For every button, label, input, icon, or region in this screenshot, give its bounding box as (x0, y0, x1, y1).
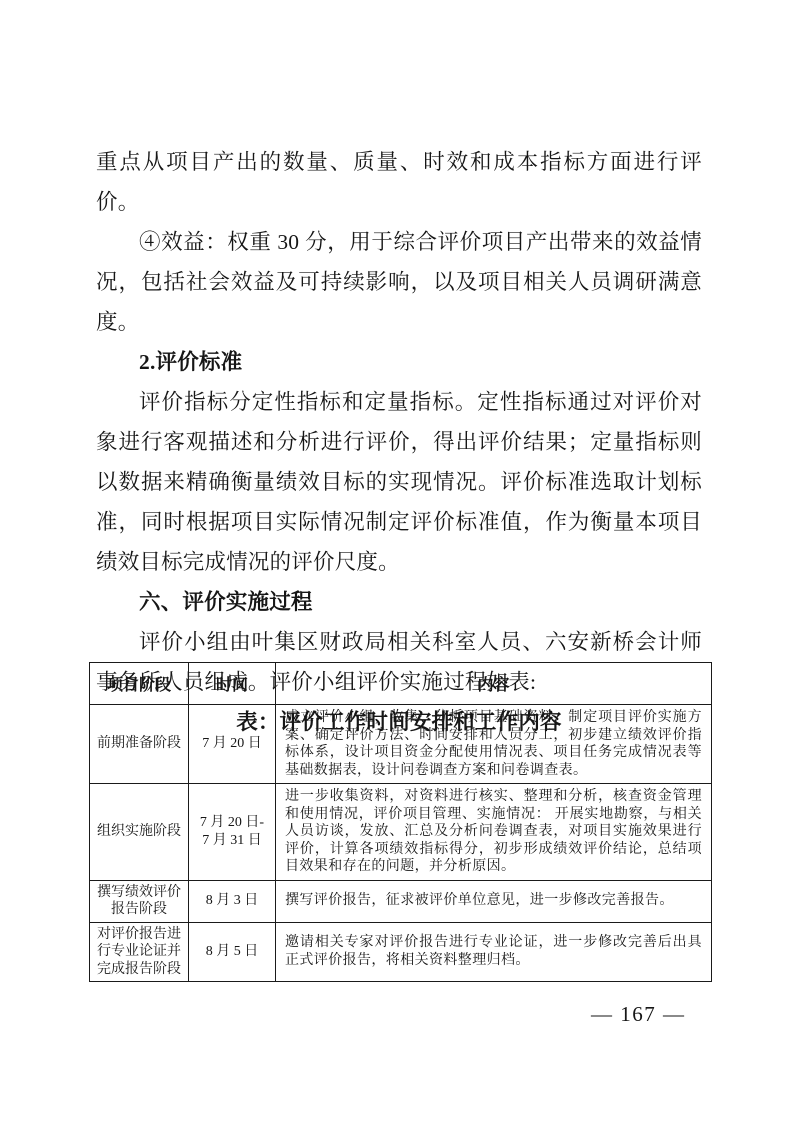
heading-evaluation-criteria: 2.评价标准 (96, 342, 702, 382)
table-row: 对评价报告进 行专业论证并 完成报告阶段 8 月 5 日 邀请相关专家对评价报告… (90, 922, 712, 982)
evaluation-schedule-table: 项目阶段 时间 内容 前期准备阶段 7 月 20 日 成立评价小组，收集、分析项… (89, 662, 712, 982)
heading-implementation-process: 六、评价实施过程 (96, 582, 702, 622)
content-cell: 撰写评价报告，征求被评价单位意见，进一步修改完善报告。 (276, 880, 712, 922)
time-cell: 8 月 5 日 (189, 922, 276, 982)
stage-cell: 前期准备阶段 (90, 705, 189, 784)
table-row: 组织实施阶段 7 月 20 日- 7 月 31 日 进一步收集资料，对资料进行核… (90, 784, 712, 881)
body-text: 重点从项目产出的数量、质量、时效和成本指标方面进行评价。 ④效益：权重 30 分… (96, 142, 702, 742)
table-row: 撰写绩效评价 报告阶段 8 月 3 日 撰写评价报告，征求被评价单位意见，进一步… (90, 880, 712, 922)
header-project-stage: 项目阶段 (90, 663, 189, 705)
paragraph-output-metrics: 重点从项目产出的数量、质量、时效和成本指标方面进行评价。 (96, 142, 702, 222)
header-time: 时间 (189, 663, 276, 705)
table-header-row: 项目阶段 时间 内容 (90, 663, 712, 705)
stage-cell: 对评价报告进 行专业论证并 完成报告阶段 (90, 922, 189, 982)
time-cell: 7 月 20 日 (189, 705, 276, 784)
stage-cell: 组织实施阶段 (90, 784, 189, 881)
stage-cell: 撰写绩效评价 报告阶段 (90, 880, 189, 922)
paragraph-criteria-detail: 评价指标分定性指标和定量指标。定性指标通过对评价对象进行客观描述和分析进行评价，… (96, 382, 702, 582)
header-content: 内容 (276, 663, 712, 705)
page-number: — 167 — (591, 1002, 686, 1027)
document-page: 重点从项目产出的数量、质量、时效和成本指标方面进行评价。 ④效益：权重 30 分… (0, 0, 793, 1122)
content-cell: 进一步收集资料，对资料进行核实、整理和分析，核查资金管理和使用情况，评价项目管理… (276, 784, 712, 881)
content-cell: 成立评价小组，收集、分析项目基础资料，制定项目评价实施方案、确定评价方法、时间安… (276, 705, 712, 784)
table-row: 前期准备阶段 7 月 20 日 成立评价小组，收集、分析项目基础资料，制定项目评… (90, 705, 712, 784)
time-cell: 7 月 20 日- 7 月 31 日 (189, 784, 276, 881)
paragraph-benefit-weight: ④效益：权重 30 分，用于综合评价项目产出带来的效益情况，包括社会效益及可持续… (96, 222, 702, 342)
time-cell: 8 月 3 日 (189, 880, 276, 922)
content-cell: 邀请相关专家对评价报告进行专业论证，进一步修改完善后出具正式评价报告，将相关资料… (276, 922, 712, 982)
